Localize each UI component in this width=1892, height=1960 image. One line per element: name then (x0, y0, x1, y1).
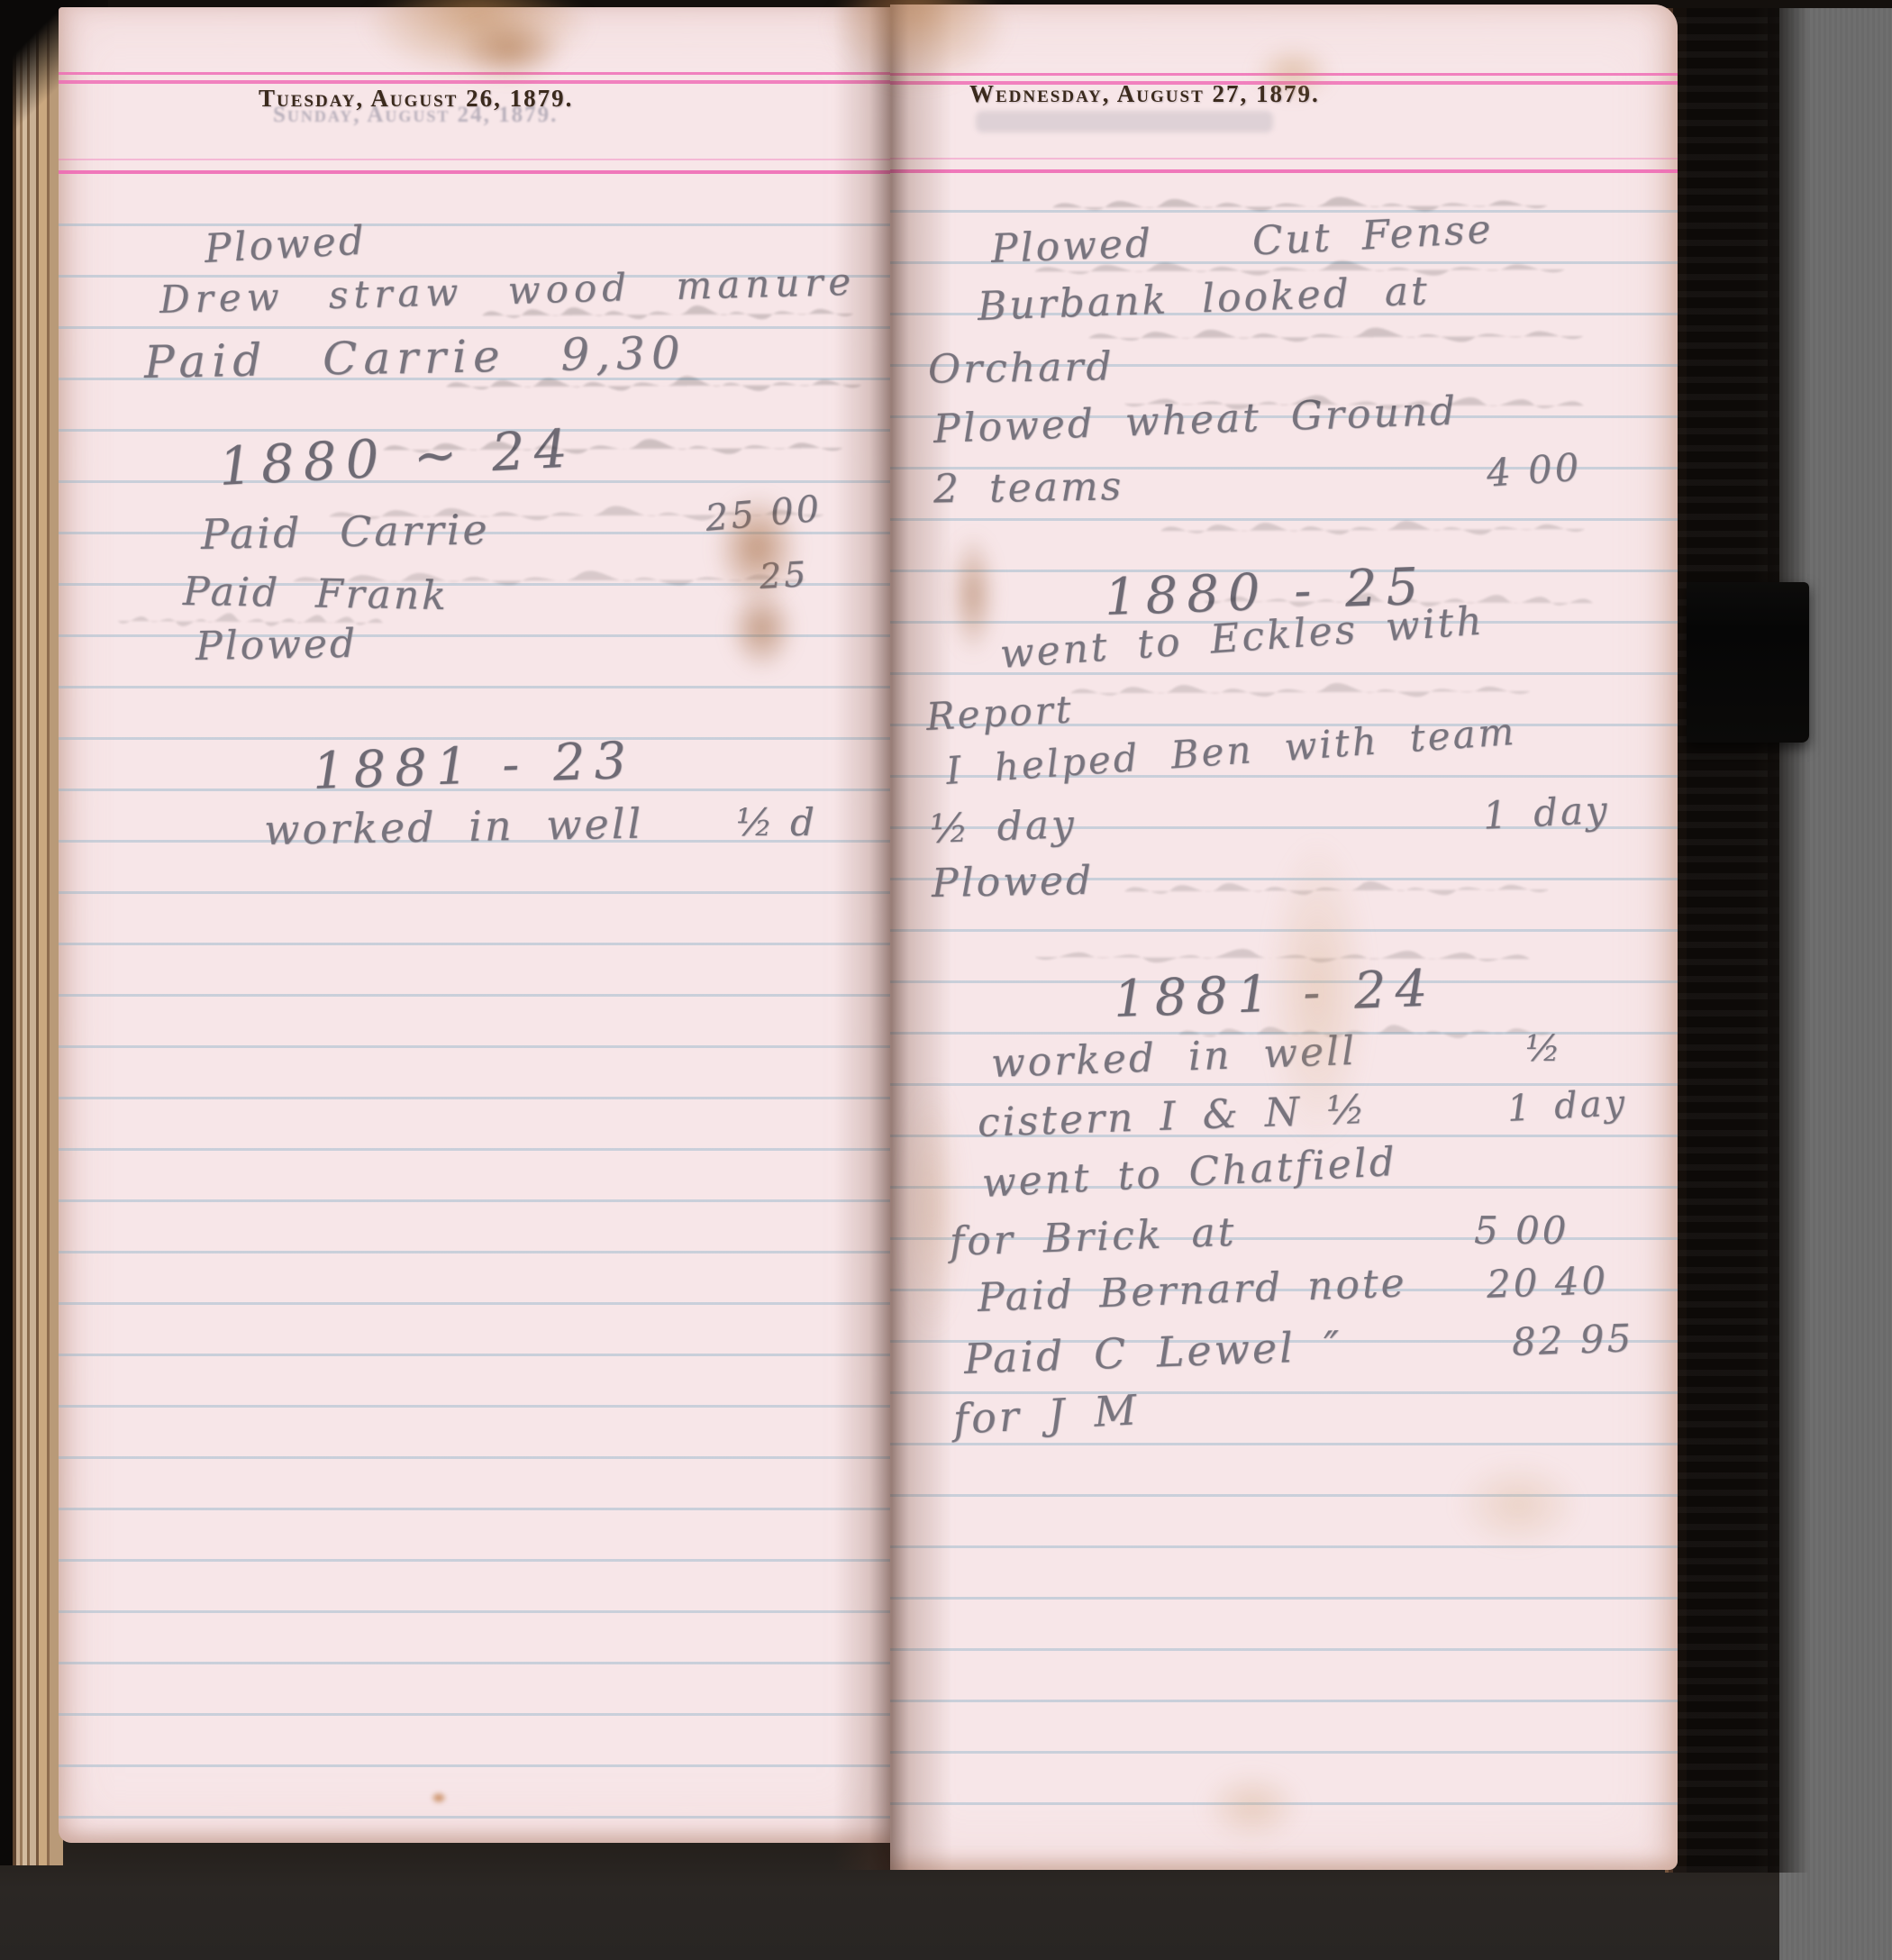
diary-entry-line: for J M (952, 1385, 1141, 1444)
header-rule-line (59, 72, 892, 84)
diary-entry-line: Report (925, 687, 1075, 738)
left-page: Sunday, August 24, 1879. Tuesday, August… (59, 7, 892, 1843)
diary-entry-amount: 82 95 (1511, 1316, 1634, 1364)
page-edge-stack (0, 0, 63, 1865)
diary-entry-line: 1881 - 24 (1113, 960, 1437, 1029)
header-rule-line (890, 158, 1678, 173)
diary-entry-line: Plowed (204, 218, 368, 272)
diary-entry-line: Plowed (196, 621, 359, 670)
diary-entry-amount: 1 day (1506, 1082, 1628, 1130)
diary-scan: Sunday, August 24, 1879. Tuesday, August… (0, 0, 1892, 1960)
page-date-header: Tuesday, August 26, 1879. (259, 85, 573, 113)
diary-entry-amount: 1 day (1482, 788, 1611, 838)
page-date-header: Wednesday, August 27, 1879. (969, 80, 1320, 108)
right-page: Wednesday, August 27, 1879. Plowed Cut F… (890, 5, 1678, 1870)
diary-entry-amount: 4 00 (1485, 445, 1583, 496)
book-cover-edge (1665, 0, 1779, 1873)
diary-entry-amount: ½ (1525, 1028, 1563, 1070)
diary-entry-line: worked in well (264, 799, 644, 854)
diary-entry-line: Paid Carrie (201, 505, 491, 559)
diary-entry-amount: 5 00 (1474, 1208, 1569, 1253)
diary-entry-line: Paid Frank (183, 569, 450, 619)
diary-entry-line: Orchard (928, 343, 1114, 393)
diary-entry-amount: ½ d (736, 800, 817, 844)
diary-entry-line: 1881 - 23 (312, 732, 636, 801)
diary-entry-line: Paid Carrie 9,30 (143, 327, 687, 388)
book-cover-fade (1768, 0, 1809, 1873)
header-rule-line (59, 159, 892, 174)
diary-entry-line: ½ day (929, 801, 1078, 852)
diary-entry-line: Plowed (990, 221, 1154, 272)
diary-entry-amount: 25 (759, 554, 810, 597)
book-strap (1687, 582, 1809, 743)
diary-entry-line: 2 teams (933, 463, 1124, 513)
diary-entry-amount: 20 40 (1486, 1258, 1609, 1307)
bleed-through-header (976, 111, 1273, 132)
diary-entry-line: Plowed (932, 858, 1095, 907)
